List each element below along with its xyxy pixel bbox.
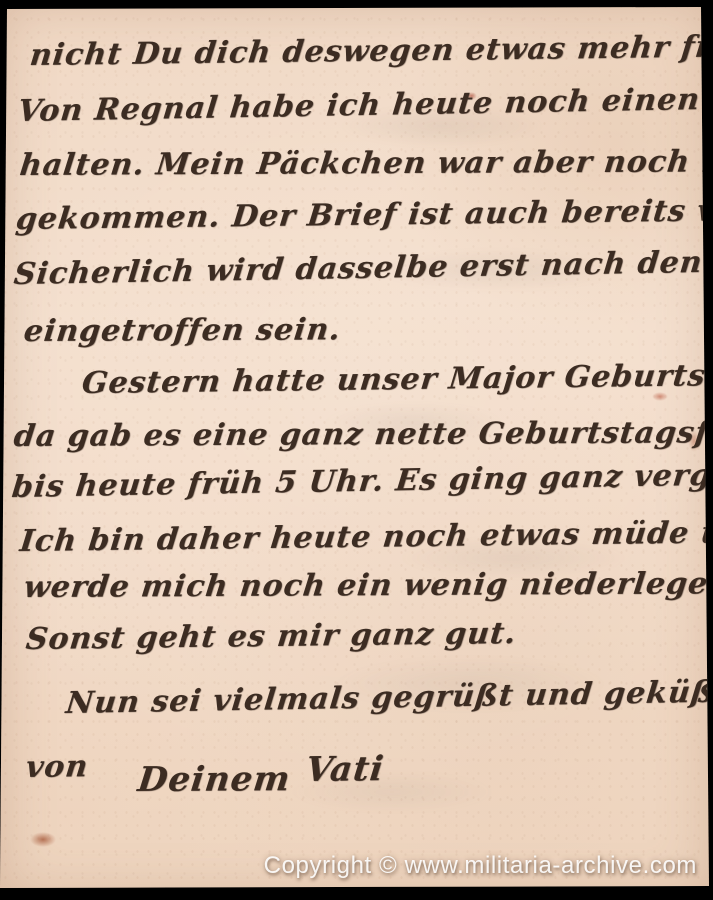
- letter-scan-page: nicht Du dich deswegen etwas mehr freuen…: [0, 0, 713, 900]
- handwriting-line-9: bis heute früh 5 Uhr. Es ging ganz vergn…: [10, 455, 713, 505]
- show-through-texture: [0, 0, 713, 900]
- handwriting-line-8: da gab es eine ganz nette Geburtstagsfei…: [12, 415, 713, 454]
- handwriting-line-2: Von Regnal habe ich heute noch einen Bri…: [16, 79, 713, 129]
- handwriting-line-12: Sonst geht es mir ganz gut.: [24, 616, 518, 657]
- handwriting-line-14: von: [24, 749, 90, 785]
- paper-stain: [466, 92, 477, 100]
- paper: nicht Du dich deswegen etwas mehr freuen…: [0, 0, 713, 900]
- paper-stain: [652, 392, 668, 401]
- handwriting-line-7: Gestern hatte unser Major Geburtstag und: [80, 357, 713, 401]
- handwriting-line-5: Sicherlich wird dasselbe erst nach den F…: [12, 241, 713, 292]
- handwriting-line-3: halten. Mein Päckchen war aber noch nich…: [18, 144, 713, 183]
- signature-pronoun: Deinem: [136, 759, 293, 800]
- paper-stain: [688, 430, 700, 452]
- paper-stain: [30, 832, 56, 847]
- handwriting-line-4: gekommen. Der Brief ist auch bereits vom…: [14, 192, 713, 237]
- handwriting-line-13: Nun sei vielmals gegrüßt und geküßt: [64, 674, 713, 721]
- handwriting-line-1: nicht Du dich deswegen etwas mehr freuen: [28, 29, 713, 73]
- signature-name: Vati: [304, 749, 386, 790]
- handwriting-line-11: werde mich noch ein wenig niederlegen.: [22, 566, 713, 605]
- paper-grain-texture: [0, 0, 713, 900]
- handwriting-line-10: Ich bin daher heute noch etwas müde und: [18, 515, 713, 559]
- handwriting-line-6: eingetroffen sein.: [22, 312, 343, 349]
